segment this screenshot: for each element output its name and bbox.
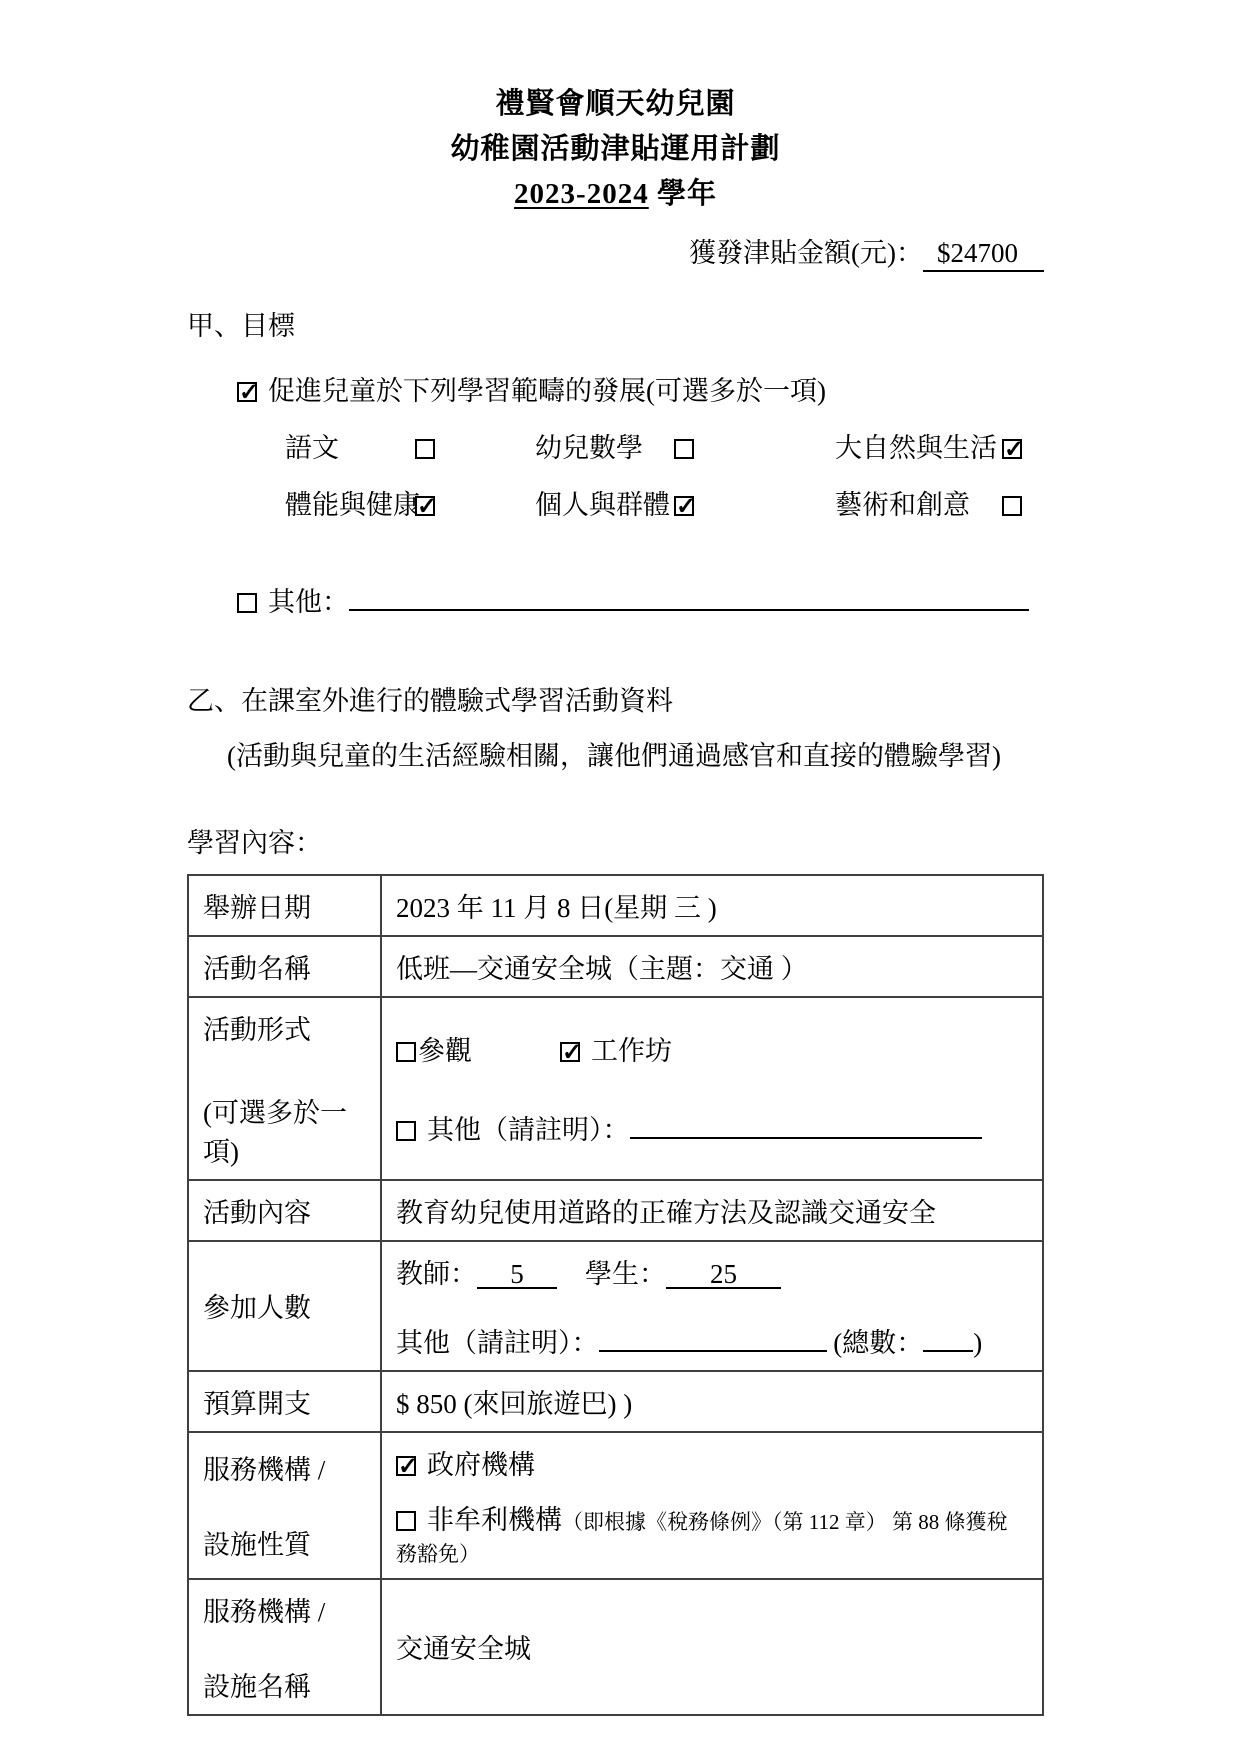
total-count-blank[interactable]: [923, 1322, 973, 1352]
title-block: 禮賢會順天幼兒園 幼稚園活動津貼運用計劃 2023-2024 學年: [187, 82, 1044, 217]
total-label: (總數：: [833, 1328, 923, 1358]
activity-form-table: 舉辦日期 2023 年 11 月 8 日(星期 三 ) 活動名稱 低班—交通安全…: [187, 874, 1044, 1716]
total-suffix: ): [973, 1328, 982, 1358]
other-label: 其他：: [268, 587, 349, 617]
participants-values: 教師：5學生：25 其他（請註明）： (總數：): [381, 1241, 1043, 1371]
school-year-line: 2023-2024 學年: [187, 172, 1044, 217]
activity-content-value[interactable]: 教育幼兒使用道路的正確方法及認識交通安全: [381, 1180, 1043, 1241]
org-name-label-line1: 服務機構 /: [203, 1590, 366, 1629]
area-social: 個人與群體: [535, 483, 835, 522]
section-b-heading: 乙、在課室外進行的體驗式學習活動資料: [187, 679, 1044, 718]
other-input-blank[interactable]: [349, 581, 1029, 611]
form-document-page: 禮賢會順天幼兒園 幼稚園活動津貼運用計劃 2023-2024 學年 獲發津貼金額…: [0, 0, 1241, 1755]
workshop-checkbox[interactable]: [560, 1042, 580, 1062]
org-name-label-line2: 設施名稱: [203, 1665, 366, 1704]
org-type-line1: 政府機構: [396, 1443, 1028, 1482]
table-row-budget: 預算開支 $ 850 (來回旅遊巴) ): [188, 1371, 1043, 1432]
grant-amount-line: 獲發津貼金額(元)：$24700: [187, 231, 1044, 272]
activity-name-value[interactable]: 低班—交通安全城（主題：交通 ）: [381, 936, 1043, 997]
visit-checkbox[interactable]: [396, 1042, 416, 1062]
activity-content-label: 活動內容: [188, 1180, 381, 1241]
org-type-label-line1: 服務機構 /: [203, 1448, 366, 1487]
format-other-label: 其他（請註明）：: [427, 1115, 630, 1145]
area-social-label: 個人與群體: [535, 483, 672, 522]
goal-checkbox[interactable]: [237, 382, 257, 402]
table-row-activity-format: 活動形式 (可選多於一項) 參觀工作坊 其他（請註明）：: [188, 997, 1043, 1180]
participants-other-label: 其他（請註明）：: [396, 1328, 599, 1358]
org-type-options: 政府機構 非牟利機構（即根據《稅務條例》（第 112 章） 第 88 條獲稅務豁…: [381, 1432, 1043, 1579]
format-options-line2: 其他（請註明）：: [396, 1108, 1028, 1147]
gov-org-checkbox[interactable]: [396, 1456, 416, 1476]
table-row-date: 舉辦日期 2023 年 11 月 8 日(星期 三 ): [188, 875, 1043, 936]
area-physical-checkbox[interactable]: [415, 496, 435, 516]
area-math-label: 幼兒數學: [535, 426, 672, 465]
area-physical-label: 體能與健康: [285, 483, 413, 522]
goal-text: 促進兒童於下列學習範疇的發展(可選多於一項): [268, 376, 826, 406]
section-b-subheading: (活動與兒童的生活經驗相關，讓他們通過感官和直接的體驗學習): [227, 734, 1044, 773]
area-nature-checkbox[interactable]: [1002, 439, 1022, 459]
nonprofit-checkbox[interactable]: [396, 1511, 416, 1531]
budget-label: 預算開支: [188, 1371, 381, 1432]
student-label: 學生：: [585, 1259, 666, 1289]
activity-format-label-line1: 活動形式: [203, 1008, 366, 1047]
learning-content-label: 學習內容：: [187, 821, 1044, 860]
table-row-org-name: 服務機構 / 設施名稱 交通安全城: [188, 1579, 1043, 1715]
format-other-checkbox[interactable]: [396, 1121, 416, 1141]
org-name-label: 服務機構 / 設施名稱: [188, 1579, 381, 1715]
area-math: 幼兒數學: [535, 426, 835, 465]
budget-value[interactable]: $ 850 (來回旅遊巴) ): [381, 1371, 1043, 1432]
org-name-value[interactable]: 交通安全城: [381, 1579, 1043, 1715]
area-arts-label: 藝術和創意: [835, 483, 1000, 522]
format-other-blank[interactable]: [630, 1109, 982, 1139]
section-a-other-line: 其他：: [237, 580, 1044, 619]
table-row-participants: 參加人數 教師：5學生：25 其他（請註明）： (總數：): [188, 1241, 1043, 1371]
other-checkbox[interactable]: [237, 593, 257, 613]
format-options-line1: 參觀工作坊: [396, 1029, 1028, 1068]
area-arts: 藝術和創意: [835, 483, 1135, 522]
teacher-count-blank[interactable]: 5: [477, 1259, 557, 1289]
participants-line2: 其他（請註明）： (總數：): [396, 1321, 1028, 1360]
grant-amount-field[interactable]: $24700: [923, 238, 1044, 272]
activity-format-label: 活動形式 (可選多於一項): [188, 997, 381, 1180]
area-nature: 大自然與生活: [835, 426, 1135, 465]
table-row-org-type: 服務機構 / 設施性質 政府機構 非牟利機構（即根據《稅務條例》（第 112 章…: [188, 1432, 1043, 1579]
area-social-checkbox[interactable]: [674, 496, 694, 516]
teacher-label: 教師：: [396, 1259, 477, 1289]
activity-format-options: 參觀工作坊 其他（請註明）：: [381, 997, 1043, 1180]
org-type-label: 服務機構 / 設施性質: [188, 1432, 381, 1579]
gov-org-label: 政府機構: [427, 1450, 535, 1480]
area-nature-label: 大自然與生活: [835, 426, 1000, 465]
date-label: 舉辦日期: [188, 875, 381, 936]
participants-other-blank[interactable]: [599, 1322, 827, 1352]
school-year: 2023-2024: [514, 178, 649, 210]
document-title: 幼稚園活動津貼運用計劃: [187, 127, 1044, 172]
school-name: 禮賢會順天幼兒園: [187, 82, 1044, 127]
area-language-label: 語文: [285, 426, 413, 465]
school-year-suffix: 學年: [649, 178, 717, 210]
area-language-checkbox[interactable]: [415, 439, 435, 459]
nonprofit-label: 非牟利機構: [427, 1505, 562, 1535]
area-arts-checkbox[interactable]: [1002, 496, 1022, 516]
learning-areas-grid: 語文 幼兒數學 大自然與生活 體能與健康 個人與群體 藝術和創意: [285, 426, 1044, 522]
area-language: 語文: [285, 426, 535, 465]
table-row-activity-name: 活動名稱 低班—交通安全城（主題：交通 ）: [188, 936, 1043, 997]
area-physical: 體能與健康: [285, 483, 535, 522]
area-math-checkbox[interactable]: [674, 439, 694, 459]
org-type-label-line2: 設施性質: [203, 1523, 366, 1562]
activity-name-label: 活動名稱: [188, 936, 381, 997]
workshop-label: 工作坊: [591, 1036, 672, 1066]
section-a-heading: 甲、目標: [187, 304, 1044, 343]
grant-amount-label: 獲發津貼金額(元)：: [689, 238, 923, 268]
org-type-line2: 非牟利機構（即根據《稅務條例》（第 112 章） 第 88 條獲稅務豁免）: [396, 1498, 1028, 1568]
activity-format-label-line2: (可選多於一項): [203, 1091, 366, 1169]
goal-line: 促進兒童於下列學習範疇的發展(可選多於一項): [237, 369, 1044, 408]
student-count-blank[interactable]: 25: [666, 1259, 781, 1289]
date-value[interactable]: 2023 年 11 月 8 日(星期 三 ): [381, 875, 1043, 936]
table-row-activity-content: 活動內容 教育幼兒使用道路的正確方法及認識交通安全: [188, 1180, 1043, 1241]
participants-line1: 教師：5學生：25: [396, 1252, 1028, 1291]
participants-label: 參加人數: [188, 1241, 381, 1371]
visit-label: 參觀: [418, 1036, 472, 1066]
